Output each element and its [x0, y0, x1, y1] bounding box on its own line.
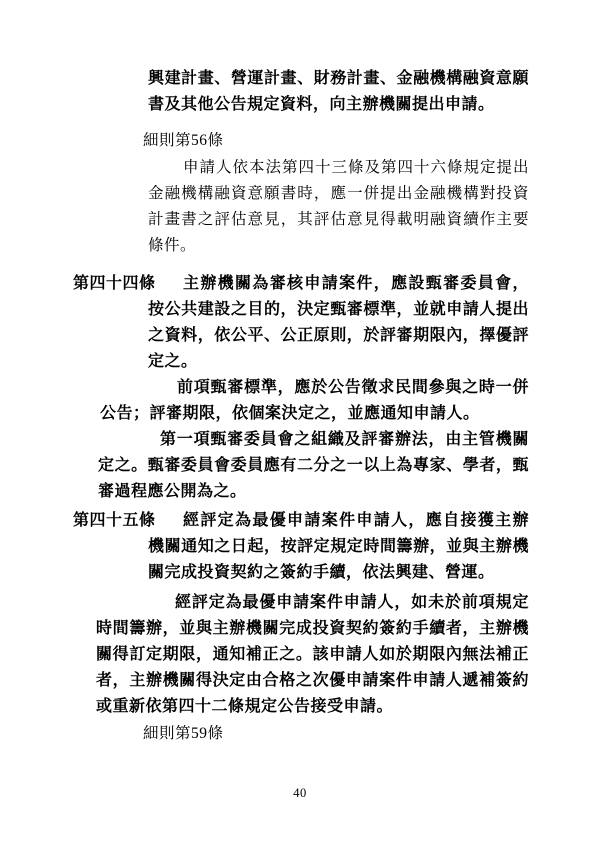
article-44-number: 第四十四條	[73, 271, 156, 297]
page-number: 40	[0, 786, 600, 801]
article-44-paragraph-3: 第一項甄審委員會之組織及評審辦法，由主管機關定之。甄審委員會委員應有二分之一以上…	[98, 427, 529, 505]
article-44-paragraph-1: 主辦機關為審核申請案件，應設甄審委員會，按公共建設之目的，決定甄審標準，並就申請…	[148, 271, 529, 375]
article-44-paragraph-2: 前項甄審標準，應於公告徵求民間參與之時一併公告；評審期限，依個案決定之，並應通知…	[100, 375, 529, 427]
continuation-paragraph: 興建計畫、營運計畫、財務計畫、金融機構融資意願書及其他公告規定資料，向主辦機關提…	[148, 66, 529, 118]
article-45-paragraph-1: 經評定為最優申請案件申請人，應自接獲主辦機關通知之日起，按評定規定時間籌辦，並與…	[148, 508, 529, 586]
rule-59-label: 細則第59條	[143, 721, 224, 747]
article-45-number: 第四十五條	[73, 508, 156, 534]
document-page: 興建計畫、營運計畫、財務計畫、金融機構融資意願書及其他公告規定資料，向主辦機關提…	[0, 0, 600, 848]
article-45-paragraph-2: 經評定為最優申請案件申請人，如未於前項規定時間籌辦，並與主辦機關完成投資契約簽約…	[96, 590, 529, 720]
rule-56-paragraph: 申請人依本法第四十三條及第四十六條規定提出金融機構融資意願書時，應一併提出金融機…	[148, 155, 529, 259]
rule-56-label: 細則第56條	[143, 128, 224, 154]
